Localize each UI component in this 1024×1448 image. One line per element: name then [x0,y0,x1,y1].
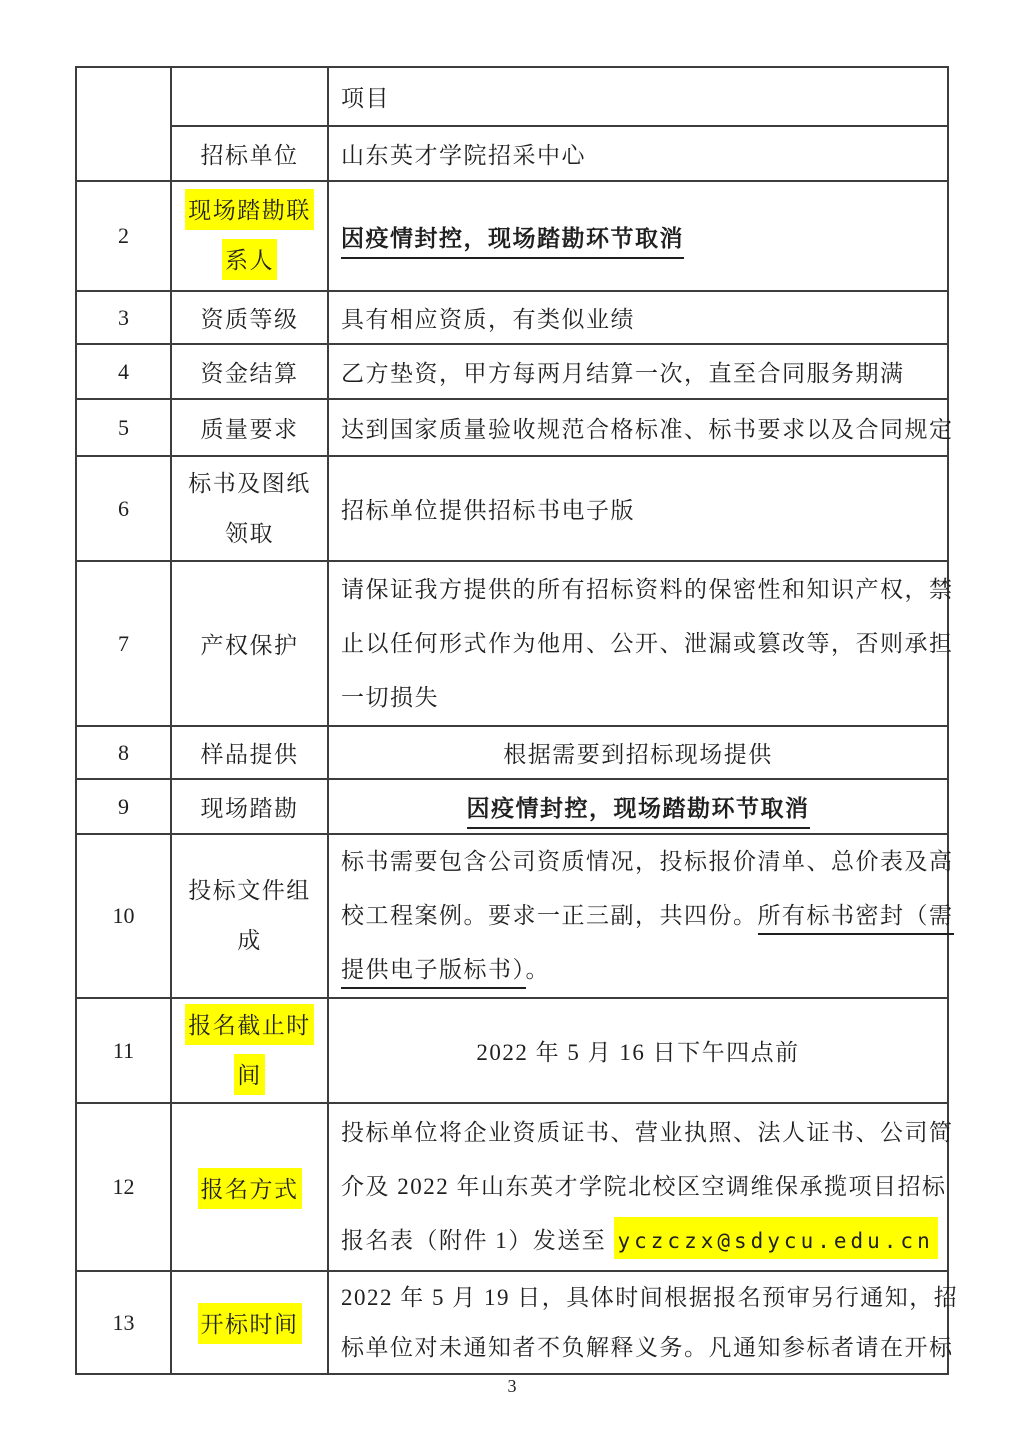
table-row-13: 13 开标时间 2022 年 5 月 19 日，具体时间根据报名预审另行通知，招… [76,1271,948,1374]
label-text: 标书及图纸 [188,471,311,496]
label-line: 标书及图纸 [172,459,327,509]
row-label-cell [171,67,328,126]
table-row-12: 12 报名方式 投标单位将企业资质证书、营业执照、法人证书、公司简 介及 202… [76,1103,948,1271]
row-content-cell: 项目 [328,67,948,126]
row-label-cell: 资金结算 [171,344,328,399]
email-address: yczczx@sdycu.edu.cn [614,1217,938,1259]
highlighted-label: 间 [234,1054,265,1095]
row-label-cell: 产权保护 [171,561,328,726]
content-text: 山东英才学院招采中心 [341,143,586,168]
label-text: 招标单位 [201,143,299,168]
row-label-cell: 开标时间 [171,1271,328,1374]
content-line: 投标单位将企业资质证书、营业执照、法人证书、公司简 [341,1106,941,1160]
page-number: 3 [0,1376,1024,1397]
label-text: 领取 [225,521,274,546]
row-content-cell: 达到国家质量验收规范合格标准、标书要求以及合同规定 [328,399,948,456]
row-label-cell: 报名截止时 间 [171,998,328,1103]
table-row-1a: 项目 [76,67,948,126]
content-line: 一切损失 [341,671,941,725]
table-row-4: 4 资金结算 乙方垫资，甲方每两月结算一次，直至合同服务期满 [76,344,948,399]
label-line: 成 [172,916,327,966]
row-label-cell: 现场踏勘 [171,779,328,834]
label-text: 投标文件组 [188,878,311,903]
row-label-cell: 投标文件组 成 [171,834,328,998]
label-text: 资金结算 [201,361,299,386]
label-line: 领取 [172,509,327,559]
row-number-cell [76,67,171,181]
row-number-cell: 4 [76,344,171,399]
table-row-5: 5 质量要求 达到国家质量验收规范合格标准、标书要求以及合同规定 [76,399,948,456]
row-content-cell: 乙方垫资，甲方每两月结算一次，直至合同服务期满 [328,344,948,399]
table-row-1b: 招标单位 山东英才学院招采中心 [76,126,948,181]
content-text: 具有相应资质，有类似业绩 [341,307,635,332]
row-label-cell: 标书及图纸 领取 [171,456,328,561]
row-content-cell: 2022 年 5 月 16 日下午四点前 [328,998,948,1103]
content-line: 提供电子版标书）。 [341,943,941,997]
row-number-cell: 8 [76,726,171,779]
row-number-cell: 5 [76,399,171,456]
highlighted-label: 系人 [222,239,277,280]
label-line: 间 [172,1051,327,1101]
row-label-cell: 质量要求 [171,399,328,456]
content-text: 达到国家质量验收规范合格标准、标书要求以及合同规定 [341,417,954,442]
row-label-cell: 现场踏勘联 系人 [171,181,328,291]
row-content-cell: 具有相应资质，有类似业绩 [328,291,948,344]
row-number-cell: 7 [76,561,171,726]
label-text: 成 [237,928,262,953]
row-content-cell: 因疫情封控，现场踏勘环节取消 [328,779,948,834]
row-content-cell: 请保证我方提供的所有招标资料的保密性和知识产权，禁 止以任何形式作为他用、公开、… [328,561,948,726]
row-label-cell: 资质等级 [171,291,328,344]
label-line: 系人 [172,236,327,286]
table-row-2: 2 现场踏勘联 系人 因疫情封控，现场踏勘环节取消 [76,181,948,291]
content-text: 项目 [341,86,390,111]
row-label-cell: 招标单位 [171,126,328,181]
label-text: 产权保护 [201,633,299,658]
underlined-text: 提供电子版标书） [341,957,526,989]
row-number-cell: 3 [76,291,171,344]
content-line: 止以任何形式作为他用、公开、泄漏或篡改等，否则承担 [341,617,941,671]
highlighted-label: 现场踏勘联 [185,189,314,230]
row-content-cell: 山东英才学院招采中心 [328,126,948,181]
tender-info-table: 项目 招标单位 山东英才学院招采中心 2 现场踏勘联 系人 因疫情封控，现场踏勘… [75,66,949,1375]
label-line: 报名截止时 [172,1001,327,1051]
highlighted-label: 报名方式 [198,1168,302,1209]
content-line: 2022 年 5 月 19 日，具体时间根据报名预审另行通知，招 [341,1273,941,1323]
table-row-6: 6 标书及图纸 领取 招标单位提供招标书电子版 [76,456,948,561]
content-line: 标单位对未通知者不负解释义务。凡通知参标者请在开标 [341,1323,941,1373]
content-line: 标书需要包含公司资质情况，投标报价清单、总价表及高 [341,835,941,889]
content-text: 乙方垫资，甲方每两月结算一次，直至合同服务期满 [341,361,905,386]
highlighted-label: 报名截止时 [185,1004,314,1045]
row-number-cell: 11 [76,998,171,1103]
content-line: 校工程案例。要求一正三副，共四份。所有标书密封（需 [341,889,941,943]
content-line: 介及 2022 年山东英才学院北校区空调维保承揽项目招标 [341,1160,941,1214]
row-number-cell: 6 [76,456,171,561]
table-row-10: 10 投标文件组 成 标书需要包含公司资质情况，投标报价清单、总价表及高 校工程… [76,834,948,998]
row-label-cell: 报名方式 [171,1103,328,1271]
table-row-7: 7 产权保护 请保证我方提供的所有招标资料的保密性和知识产权，禁 止以任何形式作… [76,561,948,726]
label-line: 投标文件组 [172,866,327,916]
underlined-text: 所有标书密封（需 [758,903,954,935]
row-content-cell: 投标单位将企业资质证书、营业执照、法人证书、公司简 介及 2022 年山东英才学… [328,1103,948,1271]
row-number-cell: 9 [76,779,171,834]
label-text: 现场踏勘 [201,796,299,821]
table-row-8: 8 样品提供 根据需要到招标现场提供 [76,726,948,779]
content-text: 根据需要到招标现场提供 [503,742,773,767]
content-text: 招标单位提供招标书电子版 [341,498,635,523]
label-text: 质量要求 [201,417,299,442]
document-page: 项目 招标单位 山东英才学院招采中心 2 现场踏勘联 系人 因疫情封控，现场踏勘… [0,0,1024,1448]
content-text: 2022 年 5 月 16 日下午四点前 [476,1040,799,1065]
emphasized-text: 因疫情封控，现场踏勘环节取消 [341,226,684,259]
table-row-9: 9 现场踏勘 因疫情封控，现场踏勘环节取消 [76,779,948,834]
label-line: 现场踏勘联 [172,186,327,236]
table-row-3: 3 资质等级 具有相应资质，有类似业绩 [76,291,948,344]
label-text: 资质等级 [201,307,299,332]
emphasized-text: 因疫情封控，现场踏勘环节取消 [467,796,810,829]
row-content-cell: 因疫情封控，现场踏勘环节取消 [328,181,948,291]
content-line: 报名表（附件 1）发送至 yczczx@sdycu.edu.cn [341,1214,941,1268]
row-number-cell: 2 [76,181,171,291]
row-content-cell: 招标单位提供招标书电子版 [328,456,948,561]
row-number-cell: 10 [76,834,171,998]
row-content-cell: 2022 年 5 月 19 日，具体时间根据报名预审另行通知，招 标单位对未通知… [328,1271,948,1374]
table-row-11: 11 报名截止时 间 2022 年 5 月 16 日下午四点前 [76,998,948,1103]
highlighted-label: 开标时间 [198,1303,302,1344]
row-content-cell: 标书需要包含公司资质情况，投标报价清单、总价表及高 校工程案例。要求一正三副，共… [328,834,948,998]
content-line: 请保证我方提供的所有招标资料的保密性和知识产权，禁 [341,563,941,617]
label-text: 样品提供 [201,742,299,767]
row-content-cell: 根据需要到招标现场提供 [328,726,948,779]
row-number-cell: 13 [76,1271,171,1374]
row-number-cell: 12 [76,1103,171,1271]
row-label-cell: 样品提供 [171,726,328,779]
